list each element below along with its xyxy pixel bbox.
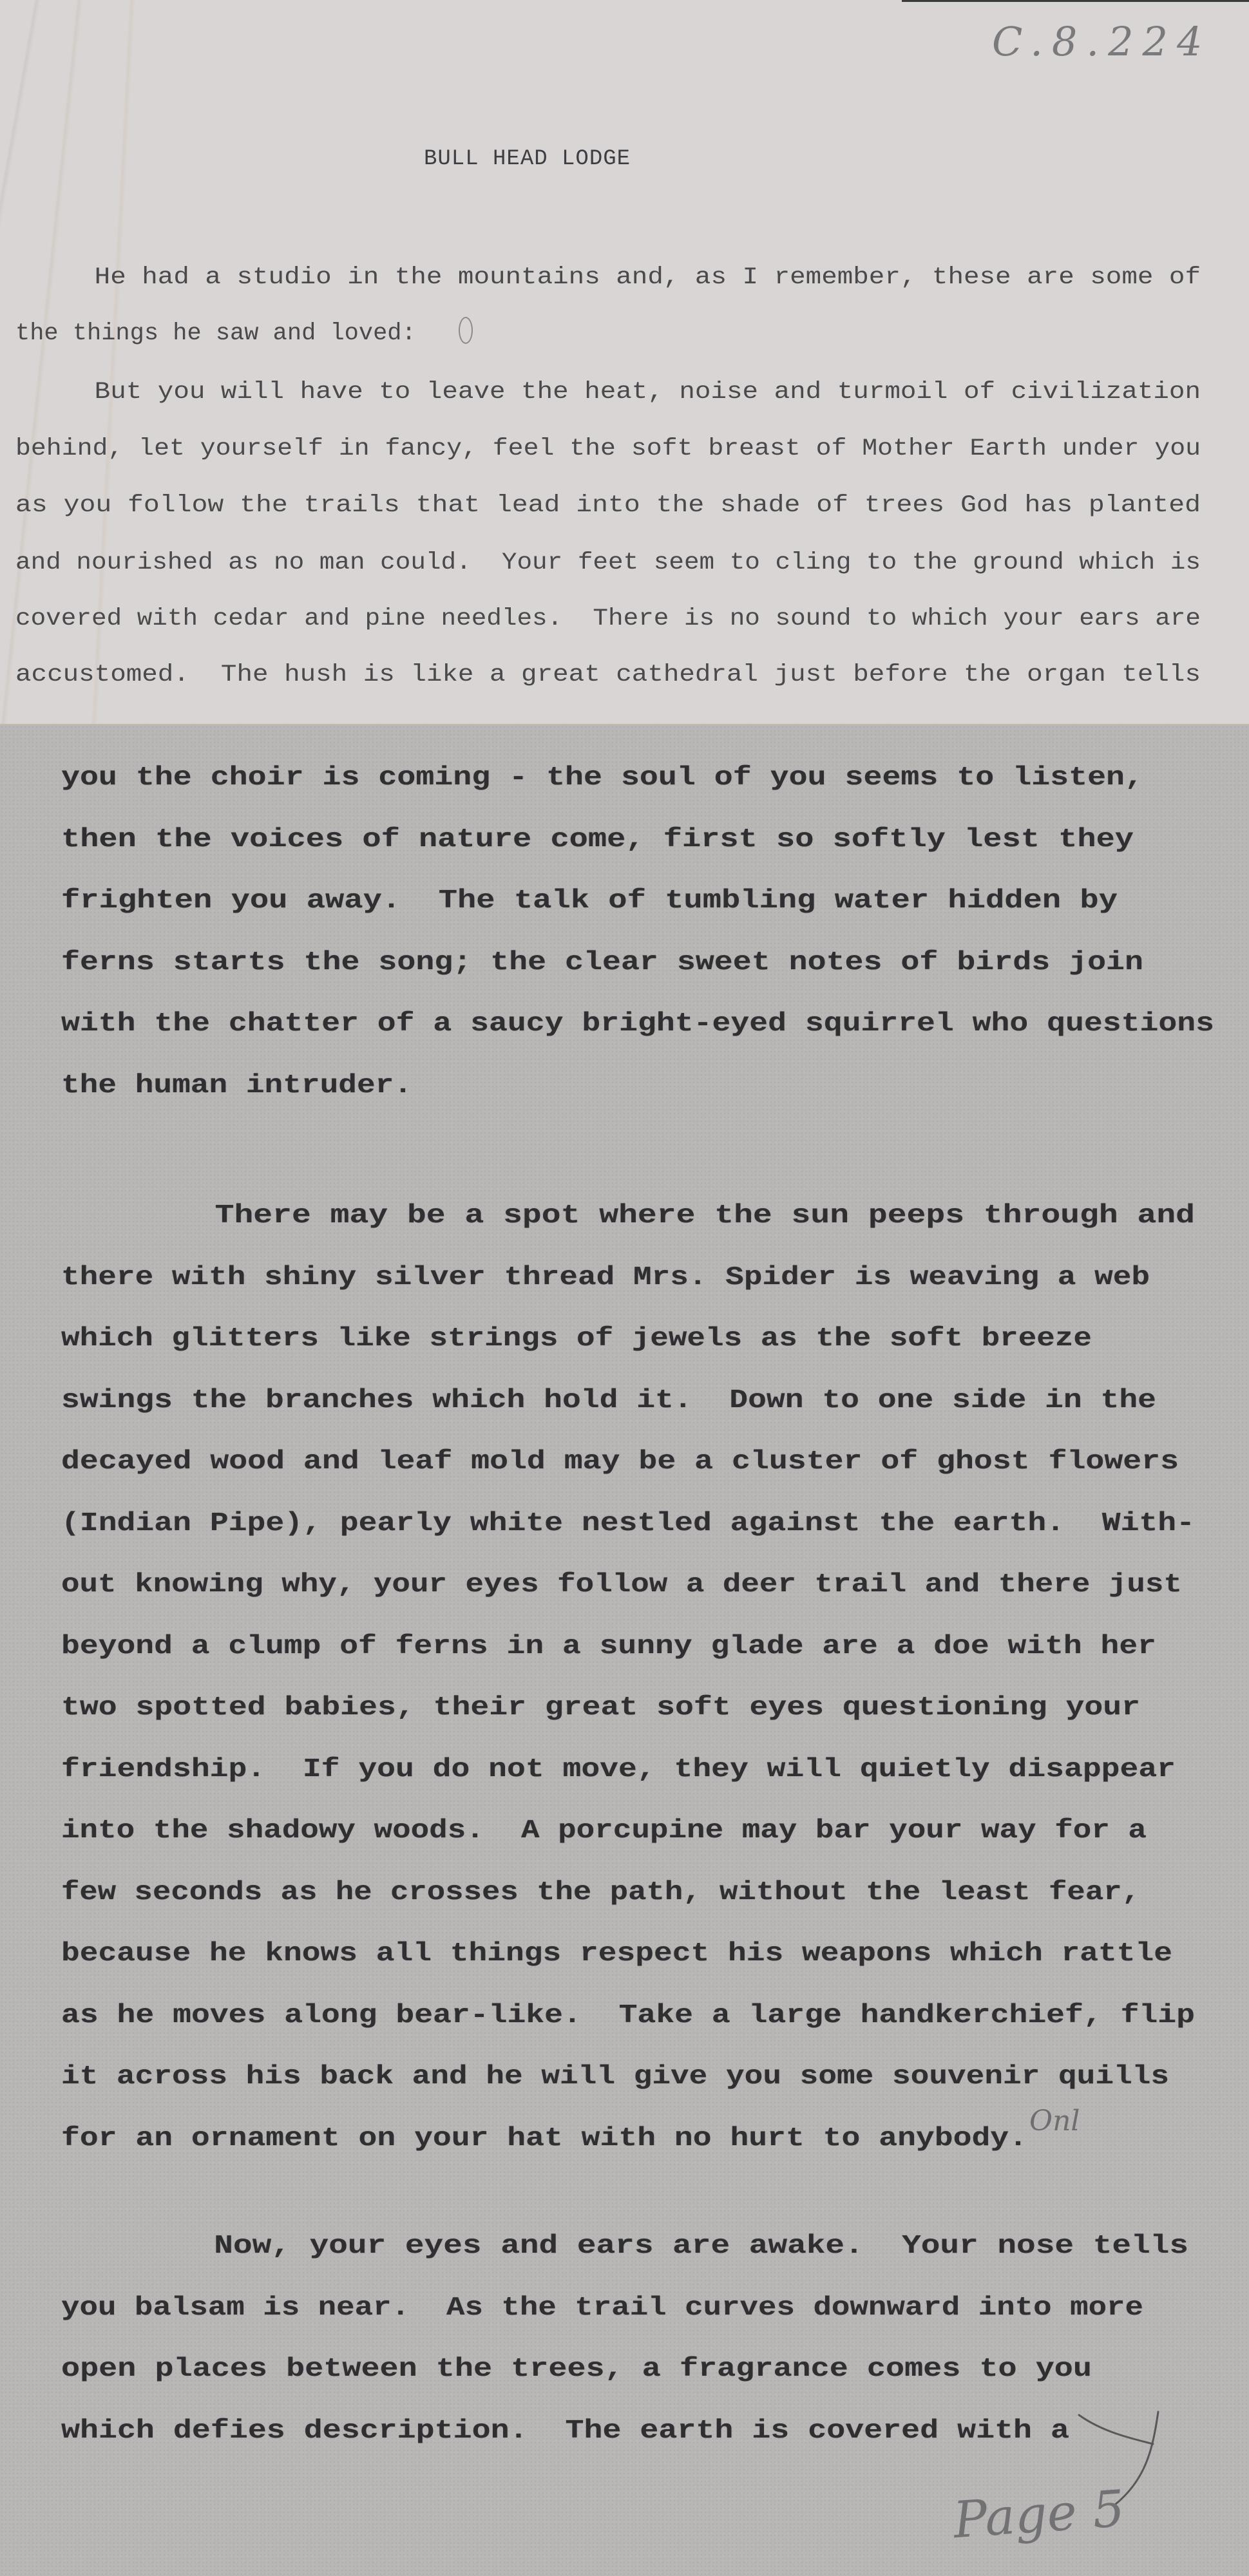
typed-line: decayed wood and leaf mold may be a clus… [61,1447,1179,1477]
typed-line: friendship. If you do not move, they wil… [61,1755,1176,1785]
typed-line: There may be a spot where the sun peeps … [61,1201,1195,1231]
typed-line: as he moves along bear-like. Take a larg… [61,2001,1195,2031]
typed-line: swings the branches which hold it. Down … [61,1386,1156,1416]
typed-line: beyond a clump of ferns in a sunny glade… [61,1632,1156,1662]
typed-line: behind, let yourself in fancy, feel the … [15,435,1201,462]
catalog-number: C.8.224 [992,18,1211,65]
typed-line: then the voices of nature come, first so… [61,825,1134,855]
typed-line: it across his back and he will give you … [61,2062,1169,2092]
typed-line: there with shiny silver thread Mrs. Spid… [61,1263,1150,1293]
typed-line: the things he saw and loved: [15,320,416,347]
typed-line: with the chatter of a saucy bright-eyed … [61,1009,1214,1039]
typed-line: frighten you away. The talk of tumbling … [61,886,1118,916]
typed-line: you the choir is coming - the soul of yo… [61,763,1143,793]
document-title: BULL HEAD LODGE [424,147,631,171]
typed-line: few seconds as he crosses the path, with… [61,1878,1140,1908]
typed-line: ferns starts the song; the clear sweet n… [61,948,1143,978]
circled-mark-icon [459,317,473,344]
handwritten-annotation: Onl [1029,2105,1080,2137]
typed-line: (Indian Pipe), pearly white nestled agai… [61,1509,1195,1539]
typed-line: into the shadowy woods. A porcupine may … [61,1816,1147,1846]
typed-line: covered with cedar and pine needles. The… [15,605,1201,632]
typed-line: But you will have to leave the heat, noi… [15,379,1201,406]
typed-line: accustomed. The hush is like a great cat… [15,661,1201,688]
typed-line: which glitters like strings of jewels as… [61,1324,1092,1354]
typed-line: open places between the trees, a fragran… [61,2354,1092,2384]
typed-line: you balsam is near. As the trail curves … [61,2293,1143,2323]
typed-line: because he knows all things respect his … [61,1939,1172,1969]
typed-line: He had a studio in the mountains and, as… [15,264,1201,291]
typed-line: two spotted babies, their great soft eye… [61,1693,1140,1723]
typed-line: for an ornament on your hat with no hurt… [61,2124,1027,2154]
typed-line: which defies description. The earth is c… [61,2416,1069,2446]
typed-line: and nourished as no man could. Your feet… [15,549,1201,576]
page-number-mark: Page 5 [951,2480,1127,2550]
typed-line: the human intruder. [61,1071,412,1101]
scan-edge [902,0,1249,2]
typed-line: Now, your eyes and ears are awake. Your … [61,2231,1188,2261]
typed-line: as you follow the trails that lead into … [15,492,1201,519]
typed-line: out knowing why, your eyes follow a deer… [61,1570,1182,1600]
